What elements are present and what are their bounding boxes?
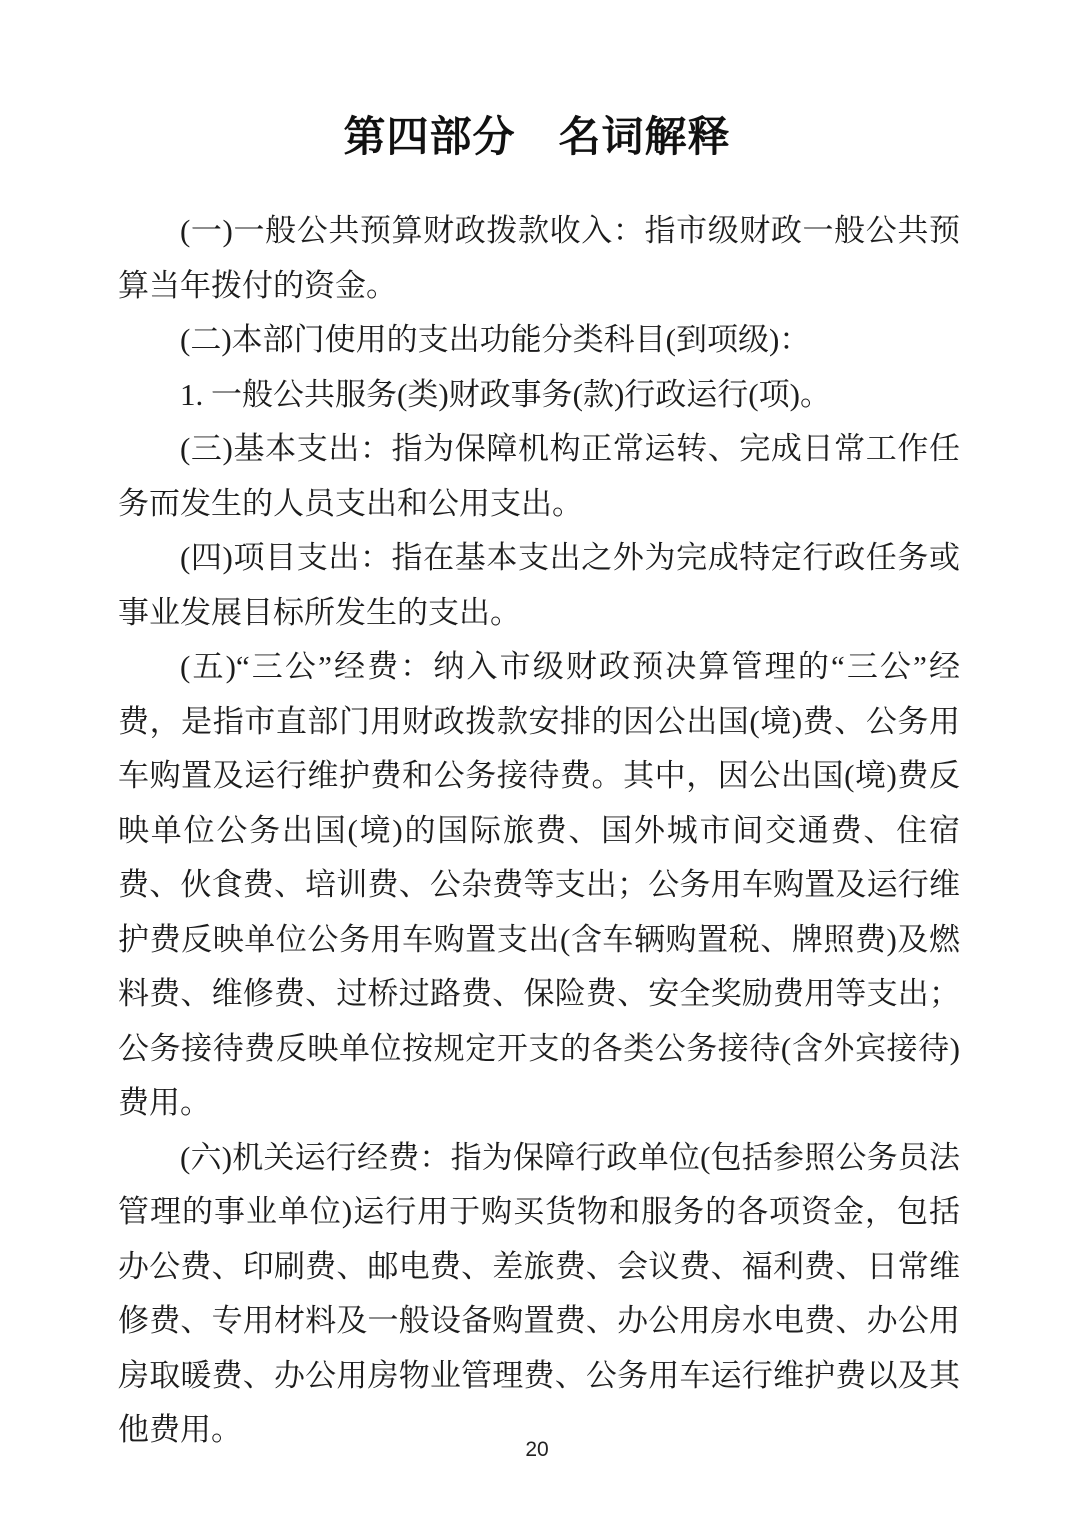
paragraph-project-expenditure: (四)项目支出：指在基本支出之外为完成特定行政任务或事业发展目标所发生的支出。: [118, 531, 960, 640]
paragraph-classification-item-1: 1. 一般公共服务(类)财政事务(款)行政运行(项)。: [118, 368, 960, 423]
paragraph-expenditure-classification: (二)本部门使用的支出功能分类科目(到项级)：: [118, 313, 960, 368]
paragraph-general-budget-income: (一)一般公共预算财政拨款收入：指市级财政一般公共预算当年拨付的资金。: [118, 204, 960, 313]
page-title: 第四部分 名词解释: [0, 112, 1074, 162]
document-body: (一)一般公共预算财政拨款收入：指市级财政一般公共预算当年拨付的资金。 (二)本…: [118, 204, 960, 1458]
paragraph-agency-operation-funds: (六)机关运行经费：指为保障行政单位(包括参照公务员法管理的事业单位)运行用于购…: [118, 1131, 960, 1458]
document-page: 第四部分 名词解释 (一)一般公共预算财政拨款收入：指市级财政一般公共预算当年拨…: [0, 0, 1074, 1520]
paragraph-three-public-funds: (五)“三公”经费：纳入市级财政预决算管理的“三公”经费，是指市直部门用财政拨款…: [118, 640, 960, 1131]
paragraph-basic-expenditure: (三)基本支出：指为保障机构正常运转、完成日常工作任务而发生的人员支出和公用支出…: [118, 422, 960, 531]
page-number: 20: [0, 1438, 1074, 1462]
